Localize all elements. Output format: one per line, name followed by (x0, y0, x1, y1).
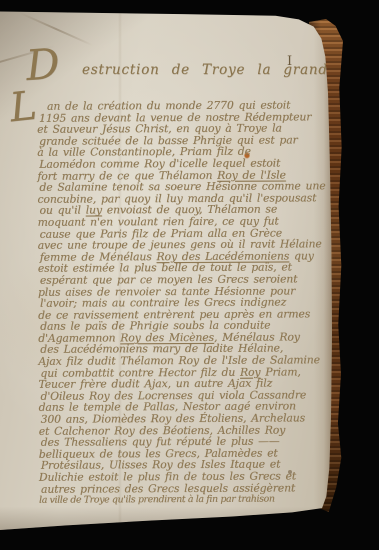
body-drop-cap: L (8, 83, 39, 132)
manuscript-line: la ville de Troye qu'ils prendirent à la… (39, 493, 325, 506)
manuscript-lines: an de la création du monde 2770 qui esto… (37, 99, 325, 506)
manuscript-photo: I D estruction de Troye la grande L an d… (0, 0, 379, 550)
page-title: estruction de Troye la grande (82, 62, 332, 78)
manuscript-line: autres princes des Grecs lesquels assiég… (41, 482, 325, 495)
manuscript-page: I D estruction de Troye la grande L an d… (0, 10, 332, 530)
